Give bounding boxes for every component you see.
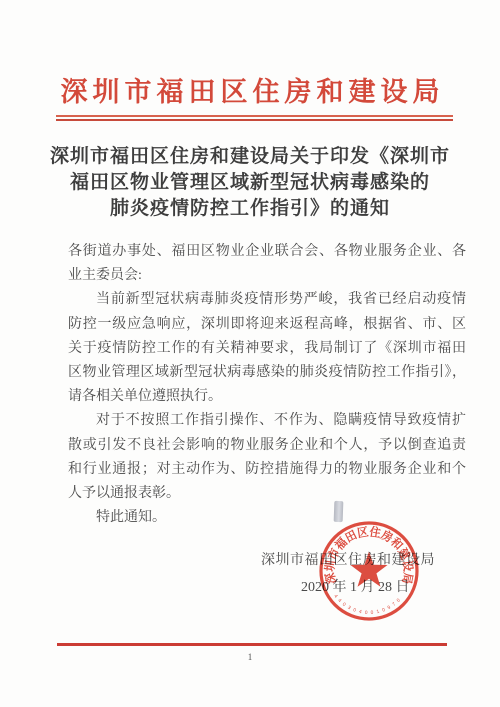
agency-header: 深圳市福田区住房和建设局 xyxy=(0,70,500,109)
body-line: 散或引发不良社会影响的物业服务企业和个人，予以倒查追责 xyxy=(68,434,466,458)
official-seal: 深圳市福田区住房和建设局 4403040010970 xyxy=(317,519,421,623)
body-line: 对于不按照工作指引操作、不作为、隐瞒疫情导致疫情扩 xyxy=(68,409,466,433)
body-line: 关于疫情防控工作的有关精神要求，我局制订了《深圳市福田 xyxy=(68,337,466,361)
seal-star-icon xyxy=(350,552,387,587)
body-line: 人予以通报表彰。 xyxy=(68,482,466,506)
body-line: 区物业管理区域新型冠状病毒感染的肺炎疫情防控工作指引》， xyxy=(68,361,466,385)
header-double-rule xyxy=(56,115,453,121)
body-line: 各街道办事处、福田区物业企业联合会、各物业服务企业、各 xyxy=(68,240,466,264)
doc-title-line: 深圳市福田区住房和建设局关于印发《深圳市 xyxy=(30,144,470,170)
doc-title-line: 肺炎疫情防控工作指引》的通知 xyxy=(30,196,470,222)
footer-rule xyxy=(57,643,447,646)
body-line: 业主委员会: xyxy=(68,264,466,288)
body-line: 和行业通报；对主动作为、防控措施得力的物业服务企业和个 xyxy=(68,458,466,482)
scanned-notice-page: 深圳市福田区住房和建设局 深圳市福田区住房和建设局关于印发《深圳市福田区物业管理… xyxy=(0,0,500,707)
page-number: 1 xyxy=(0,652,500,662)
doc-title-line: 福田区物业管理区域新型冠状病毒感染的 xyxy=(30,170,470,196)
body-line: 请各相关单位遵照执行。 xyxy=(68,385,466,409)
doc-title: 深圳市福田区住房和建设局关于印发《深圳市福田区物业管理区域新型冠状病毒感染的肺炎… xyxy=(30,144,470,222)
body-line: 防控一级应急响应，深圳即将迎来返程高峰，根据省、市、区 xyxy=(68,313,466,337)
notice-body: 各街道办事处、福田区物业企业联合会、各物业服务企业、各业主委员会:当前新型冠状病… xyxy=(68,240,466,530)
body-line: 当前新型冠状病毒肺炎疫情形势严峻，我省已经启动疫情 xyxy=(68,288,466,312)
